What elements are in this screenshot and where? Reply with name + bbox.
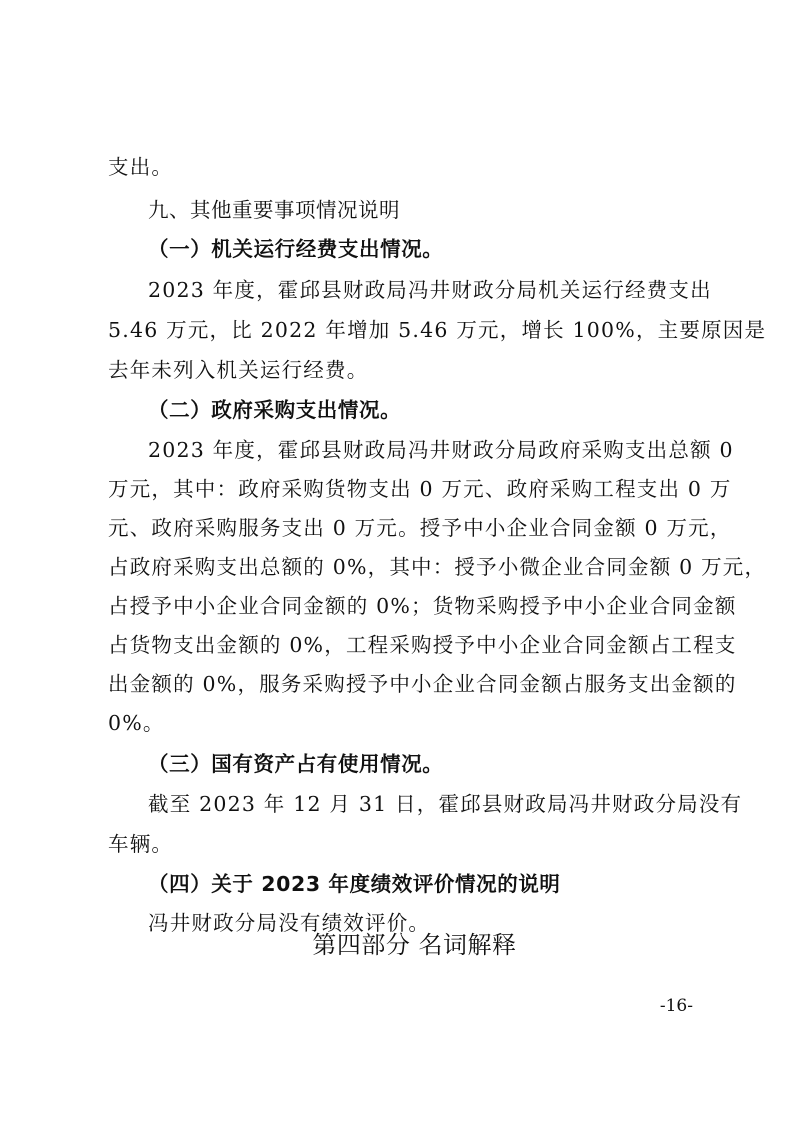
subheading-government-procurement: （二）政府采购支出情况。 [148, 397, 730, 423]
paragraph-line: 元、政府采购服务支出 0 万元。授予中小企业合同金额 0 万元， [108, 515, 690, 541]
subheading-state-assets: （三）国有资产占有使用情况。 [148, 751, 730, 777]
paragraph-line: 占政府采购支出总额的 0%，其中：授予小微企业合同金额 0 万元， [108, 554, 690, 580]
paragraph-line: 5.46 万元，比 2022 年增加 5.46 万元，增长 100%，主要原因是 [108, 317, 690, 343]
section-heading-nine: 九、其他重要事项情况说明 [148, 197, 690, 223]
page-number: -16- [660, 996, 693, 1016]
paragraph-line: 2023 年度，霍邱县财政局冯井财政分局机关运行经费支出 [148, 277, 690, 303]
paragraph-continuation: 支出。 [108, 154, 690, 180]
part-title: 第四部分 名词解释 [0, 930, 793, 960]
paragraph-line: 万元，其中：政府采购货物支出 0 万元、政府采购工程支出 0 万 [108, 476, 690, 502]
document-page: 支出。 九、其他重要事项情况说明 （一）机关运行经费支出情况。 2023 年度，… [0, 0, 793, 1122]
paragraph-line: 0%。 [108, 710, 690, 736]
subheading-office-operating-expenses: （一）机关运行经费支出情况。 [148, 236, 730, 262]
paragraph-line: 去年未列入机关运行经费。 [108, 357, 690, 383]
paragraph-line: 车辆。 [108, 831, 690, 857]
subheading-performance-evaluation: （四）关于 2023 年度绩效评价情况的说明 [148, 871, 730, 897]
paragraph-line: 2023 年度，霍邱县财政局冯井财政分局政府采购支出总额 0 [148, 437, 690, 463]
paragraph-line: 出金额的 0%，服务采购授予中小企业合同金额占服务支出金额的 [108, 671, 690, 697]
paragraph-line: 占货物支出金额的 0%，工程采购授予中小企业合同金额占工程支 [108, 632, 690, 658]
paragraph-line: 截至 2023 年 12 月 31 日，霍邱县财政局冯井财政分局没有 [148, 791, 690, 817]
paragraph-line: 占授予中小企业合同金额的 0%；货物采购授予中小企业合同金额 [108, 593, 690, 619]
